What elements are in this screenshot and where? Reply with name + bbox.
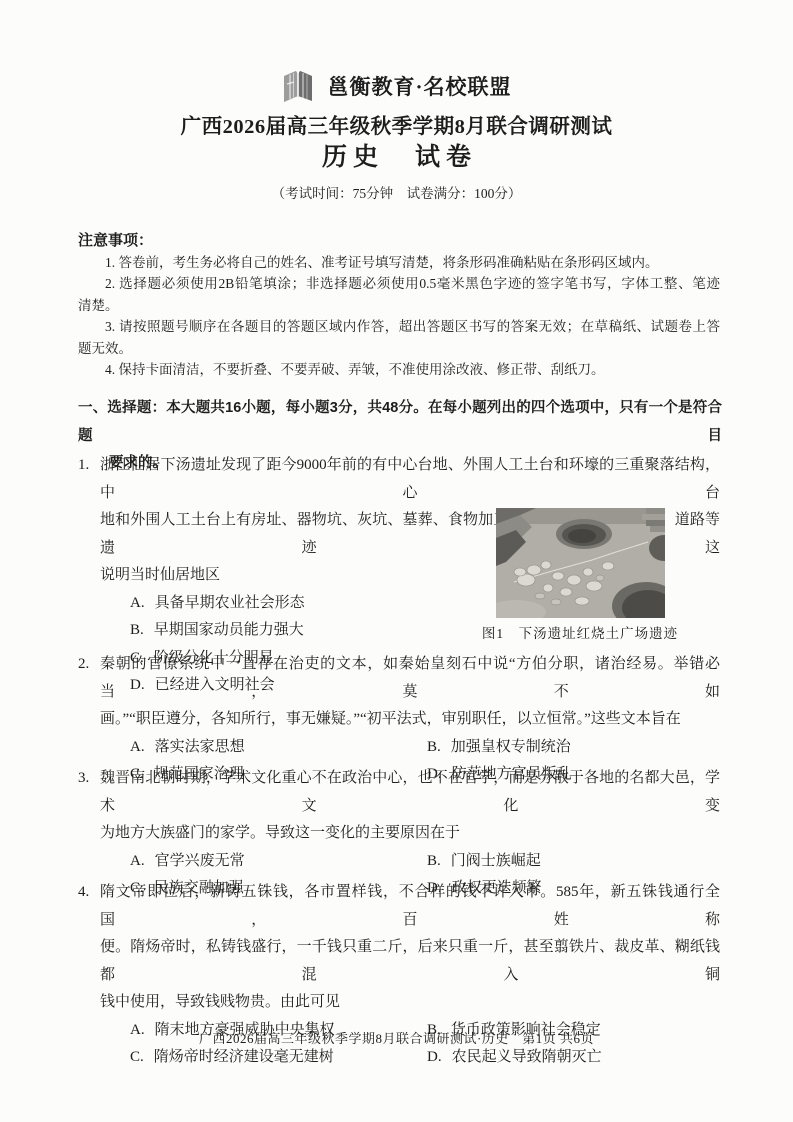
book-logo-icon [281,68,315,104]
option-text: 落实法家思想 [155,739,245,755]
figure-caption: 图1 下汤遗址红烧土广场遗迹 [470,622,690,642]
option-a: A.落实法家思想 [100,734,397,762]
stem-line: 钱中使用，导致钱贱物贵。由此可见 [100,989,720,1017]
question-number: 1. [78,452,89,480]
option-d: D.农民起义导致隋朝灭亡 [397,1044,694,1072]
option-text: 官学兴废无常 [155,853,245,869]
notice-line: 3. 请按照题号顺序在各题目的答题区域内作答，超出答题区书写的答案无效；在草稿纸… [78,316,720,338]
option-text: 门阀士族崛起 [451,853,541,869]
notice-line: 清楚。 [78,295,720,317]
question-number: 3. [78,765,89,793]
stem-line: 魏晋南北朝时期，学术文化重心不在政治中心，也不在官学，而是分散于各地的名都大邑，… [100,765,720,820]
stem-line: 秦朝的官僚系统中一直存在治吏的文本，如秦始皇刻石中说“方伯分职，诸治经易。举错必… [100,651,720,706]
option-text: 农民起义导致隋朝灭亡 [452,1049,602,1065]
option-c: C.隋炀帝时经济建设毫无建树 [100,1044,397,1072]
excavation-photo [496,508,665,618]
notice-section: 注意事项： 1. 答卷前，考生务必将自己的姓名、准考证号填写清楚，将条形码准确粘… [78,230,720,381]
option-text: 加强皇权专制统治 [451,739,571,755]
header-org-row: 邕衡教育·名校联盟 [0,68,793,104]
section-heading-line1: 一、选择题：本大题共16小题，每小题3分，共48分。在每小题列出的四个选项中，只… [78,395,722,450]
subject-title: 历史 试卷 [0,137,793,173]
page-footer: 广西2026届高三年级秋季学期8月联合调研测试·历史 第1页 共6页 [0,1028,793,1047]
stem-line: 浙江仙居下汤遗址发现了距今9000年前的有中心台地、外围人工土台和环壕的三重聚落… [100,452,720,507]
exam-page: 邕衡教育·名校联盟 广西2026届高三年级秋季学期8月联合调研测试 历史 试卷 … [0,0,793,1122]
option-a: A.官学兴废无常 [100,848,397,876]
option-text: 早期国家动员能力强大 [154,622,304,638]
stem-line: 隋文帝即位后，新铸五铢钱，各市置样钱，不合样的钱不许入市。585年，新五铢钱通行… [100,879,720,934]
figure-1: 图1 下汤遗址红烧土广场遗迹 [470,508,690,642]
stem-line: 便。隋炀帝时，私铸钱盛行，一千钱只重二斤，后来只重一斤，甚至翦铁片、裁皮革、糊纸… [100,934,720,989]
option-b: B.门阀士族崛起 [397,848,694,876]
notice-heading: 注意事项： [78,230,720,252]
option-text: 隋炀帝时经济建设毫无建树 [154,1049,334,1065]
notice-line: 2. 选择题必须使用2B铅笔填涂；非选择题必须使用0.5毫米黑色字迹的签字笔书写… [78,273,720,295]
question-number: 2. [78,651,89,679]
stem-line: 为地方大族盛门的家学。导致这一变化的主要原因在于 [100,820,720,848]
option-b: B.加强皇权专制统治 [397,734,694,762]
exam-title: 广西2026届高三年级秋季学期8月联合调研测试 [0,109,793,139]
exam-info: （考试时间：75分钟 试卷满分：100分） [0,182,793,202]
notice-line: 4. 保持卡面清洁，不要折叠、不要弄破、弄皱，不准使用涂改液、修正带、刮纸刀。 [78,359,720,381]
stem-line: 画。”“职臣遵分，各知所行，事无嫌疑。”“初平法式，审别职任，以立恒常。”这些文… [100,706,720,734]
notice-line: 题无效。 [78,338,720,360]
question-number: 4. [78,879,89,907]
notice-line: 1. 答卷前，考生务必将自己的姓名、准考证号填写清楚，将条形码准确粘贴在条形码区… [78,252,720,274]
org-name: 邕衡教育·名校联盟 [327,71,511,101]
option-text: 具备早期农业社会形态 [155,595,305,611]
